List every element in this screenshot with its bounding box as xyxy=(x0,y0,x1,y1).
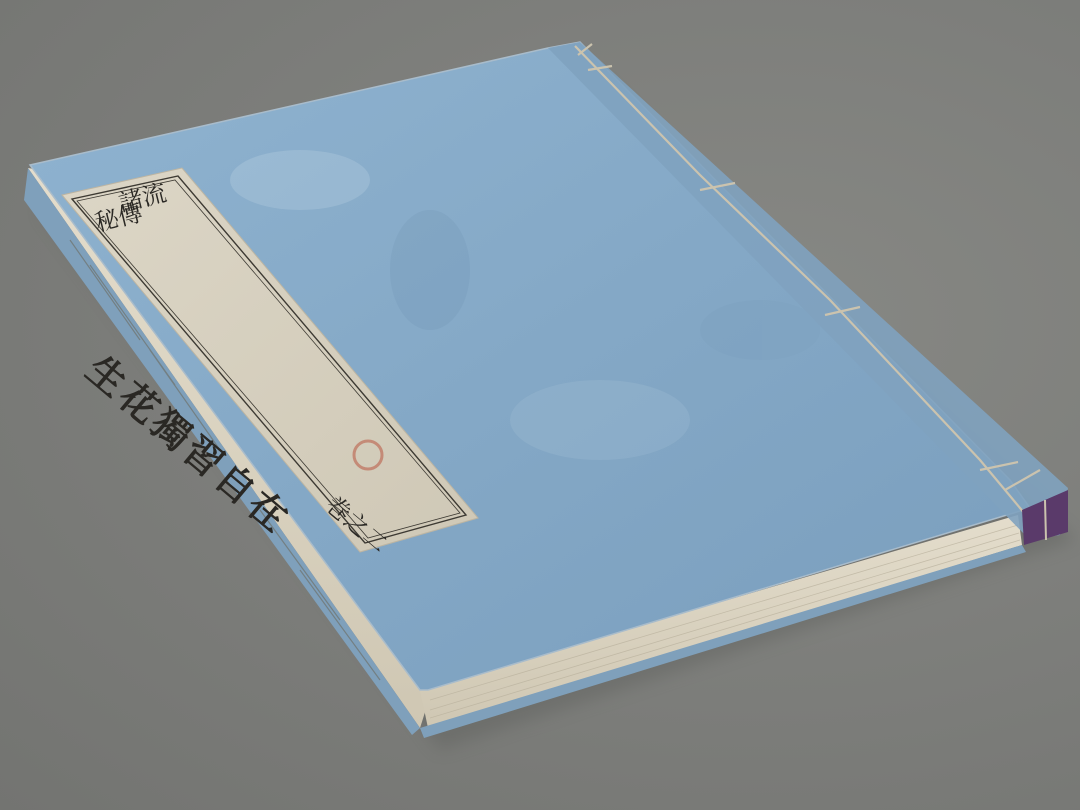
photo-scene: 諸流 秘傳 生花獨習自在 巻之二 xyxy=(0,0,1080,810)
